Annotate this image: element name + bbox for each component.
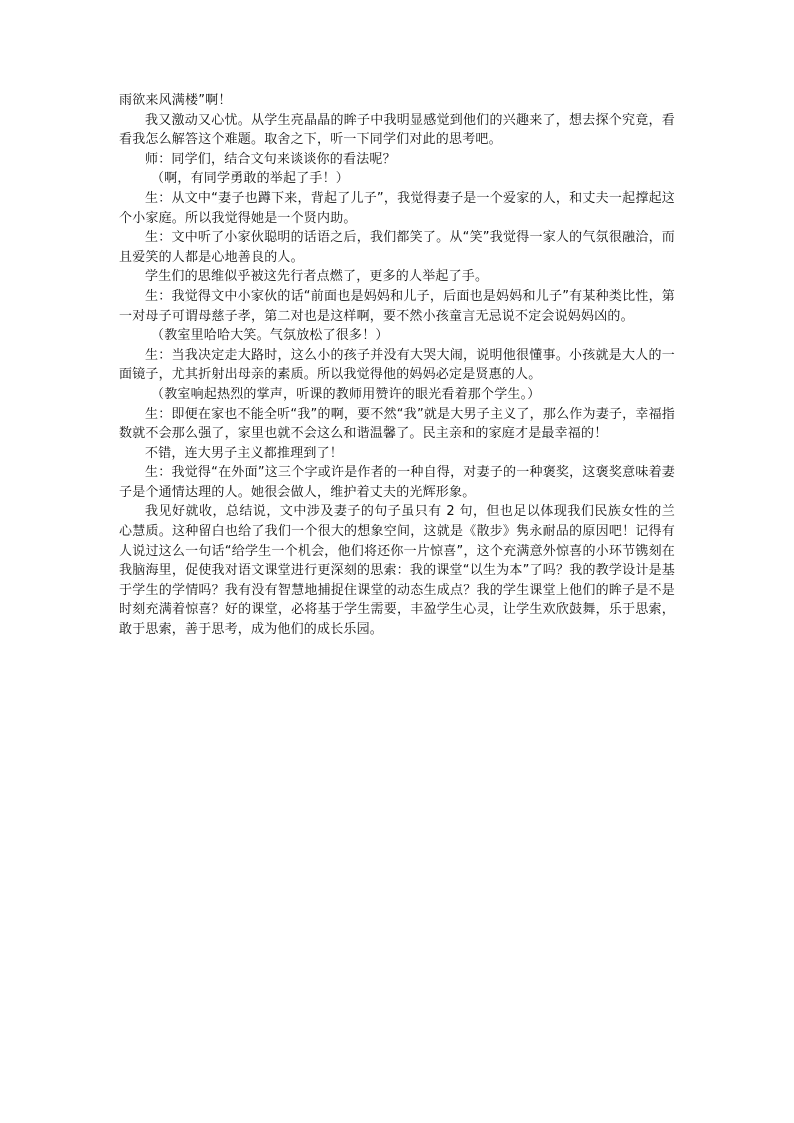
document-page: 雨欲来风满楼”啊！ 我又激动又心忧。从学生亮晶晶的眸子中我明显感觉到他们的兴趣来… — [119, 91, 675, 640]
paragraph-aside: （啊，有同学勇敢的举起了手！） — [119, 169, 675, 189]
paragraph-teacher-comment: 不错，连大男子主义都推理到了！ — [119, 444, 675, 464]
paragraph-student-answer: 生：当我决定走大路时，这么小的孩子并没有大哭大闹，说明他很懂事。小孩就是大人的一… — [119, 346, 675, 385]
paragraph: 学生们的思维似乎被这先行者点燃了，更多的人举起了手。 — [119, 267, 675, 287]
paragraph-conclusion: 我见好就收，总结说，文中涉及妻子的句子虽只有 2 句，但也足以体现我们民族女性的… — [119, 502, 675, 639]
paragraph-student-answer: 生：文中听了小家伙聪明的话语之后，我们都笑了。从“笑”我觉得一家人的气氛很融洽，… — [119, 228, 675, 267]
paragraph-teacher-question: 师：同学们，结合文句来谈谈你的看法呢？ — [119, 150, 675, 170]
paragraph-aside: （教室响起热烈的掌声，听课的教师用赞许的眼光看着那个学生。） — [119, 385, 675, 405]
paragraph-continuation: 雨欲来风满楼”啊！ — [119, 91, 675, 111]
paragraph: 我又激动又心忧。从学生亮晶晶的眸子中我明显感觉到他们的兴趣来了，想去探个究竟，看… — [119, 111, 675, 150]
paragraph-aside: （教室里哈哈大笑。气氛放松了很多！） — [119, 326, 675, 346]
paragraph-student-answer: 生：我觉得文中小家伙的话“前面也是妈妈和儿子，后面也是妈妈和儿子”有某种类比性，… — [119, 287, 675, 326]
paragraph-student-answer: 生：我觉得“在外面”这三个字或许是作者的一种自得，对妻子的一种褒奖，这褒奖意味着… — [119, 463, 675, 502]
paragraph-student-answer: 生：从文中“妻子也蹲下来，背起了儿子”，我觉得妻子是一个爱家的人，和丈夫一起撑起… — [119, 189, 675, 228]
paragraph-student-answer: 生：即便在家也不能全听“我”的啊，要不然“我”就是大男子主义了，那么作为妻子，幸… — [119, 405, 675, 444]
